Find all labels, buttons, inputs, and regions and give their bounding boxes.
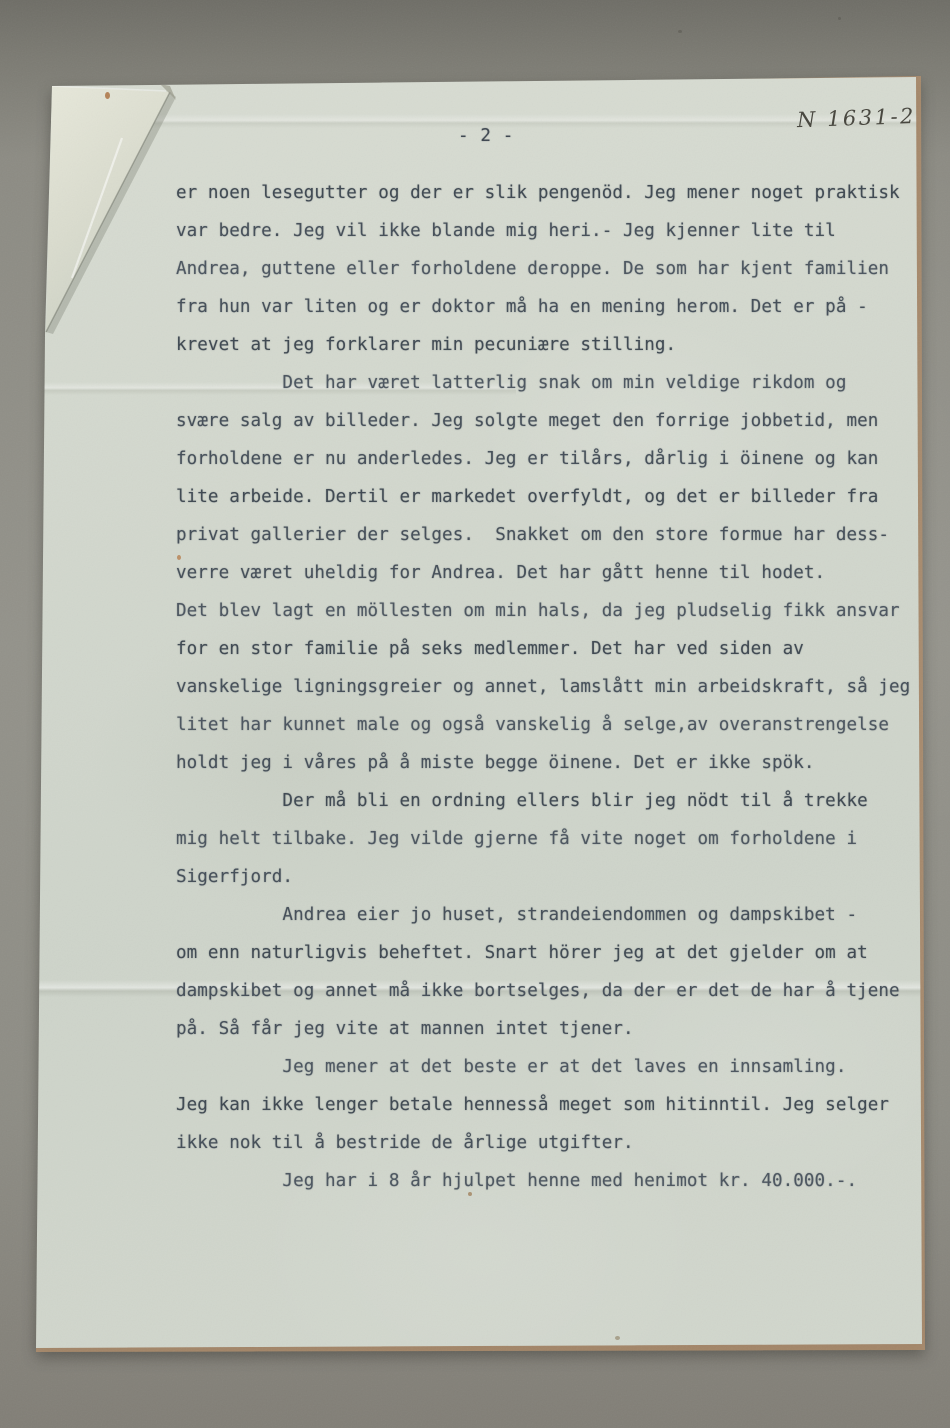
typed-line: Jeg kan ikke lenger betale hennesså mege… — [176, 1086, 910, 1124]
typed-line: Det blev lagt en möllesten om min hals, … — [176, 592, 910, 630]
typed-line: holdt jeg i våres på å miste begge öinen… — [176, 744, 910, 782]
page-number: - 2 - — [458, 126, 514, 146]
typed-line: verre været uheldig for Andrea. Det har … — [176, 554, 910, 592]
typed-text-layer: - 2 - N 1631-2 er noen lesegutter og der… — [0, 0, 950, 1428]
typed-line: dampskibet og annet må ikke bortselges, … — [176, 972, 910, 1010]
typed-line: forholdene er nu anderledes. Jeg er tilå… — [176, 440, 910, 478]
typed-line: Jeg mener at det beste er at det laves e… — [176, 1048, 910, 1086]
typed-line: Andrea eier jo huset, strandeiendommen o… — [176, 896, 910, 934]
typed-line: Jeg har i 8 år hjulpet henne med henimot… — [176, 1162, 910, 1200]
typed-line: om enn naturligvis beheftet. Snart hörer… — [176, 934, 910, 972]
typed-line: vanskelige ligningsgreier og annet, lams… — [176, 668, 910, 706]
typed-line: Andrea, guttene eller forholdene deroppe… — [176, 250, 910, 288]
typed-line: på. Så får jeg vite at mannen intet tjen… — [176, 1010, 910, 1048]
typed-line: litet har kunnet male og også vanskelig … — [176, 706, 910, 744]
handwritten-archive-mark: N 1631-2 — [797, 104, 917, 132]
typed-line: Det har været latterlig snak om min veld… — [176, 364, 910, 402]
letter-body: er noen lesegutter og der er slik pengen… — [176, 174, 910, 1200]
typed-line: var bedre. Jeg vil ikke blande mig heri.… — [176, 212, 910, 250]
typed-line: privat gallerier der selges. Snakket om … — [176, 516, 910, 554]
typed-line: ikke nok til å bestride de årlige utgift… — [176, 1124, 910, 1162]
scanned-document-background: - 2 - N 1631-2 er noen lesegutter og der… — [0, 0, 950, 1428]
typed-line: krevet at jeg forklarer min pecuniære st… — [176, 326, 910, 364]
typed-line: svære salg av billeder. Jeg solgte meget… — [176, 402, 910, 440]
typed-line: lite arbeide. Dertil er markedet overfyl… — [176, 478, 910, 516]
typed-line: Sigerfjord. — [176, 858, 910, 896]
typed-line: fra hun var liten og er doktor må ha en … — [176, 288, 910, 326]
typed-line: mig helt tilbake. Jeg vilde gjerne få vi… — [176, 820, 910, 858]
typed-line: for en stor familie på seks medlemmer. D… — [176, 630, 910, 668]
typed-line: Der må bli en ordning ellers blir jeg nö… — [176, 782, 910, 820]
typed-line: er noen lesegutter og der er slik pengen… — [176, 174, 910, 212]
